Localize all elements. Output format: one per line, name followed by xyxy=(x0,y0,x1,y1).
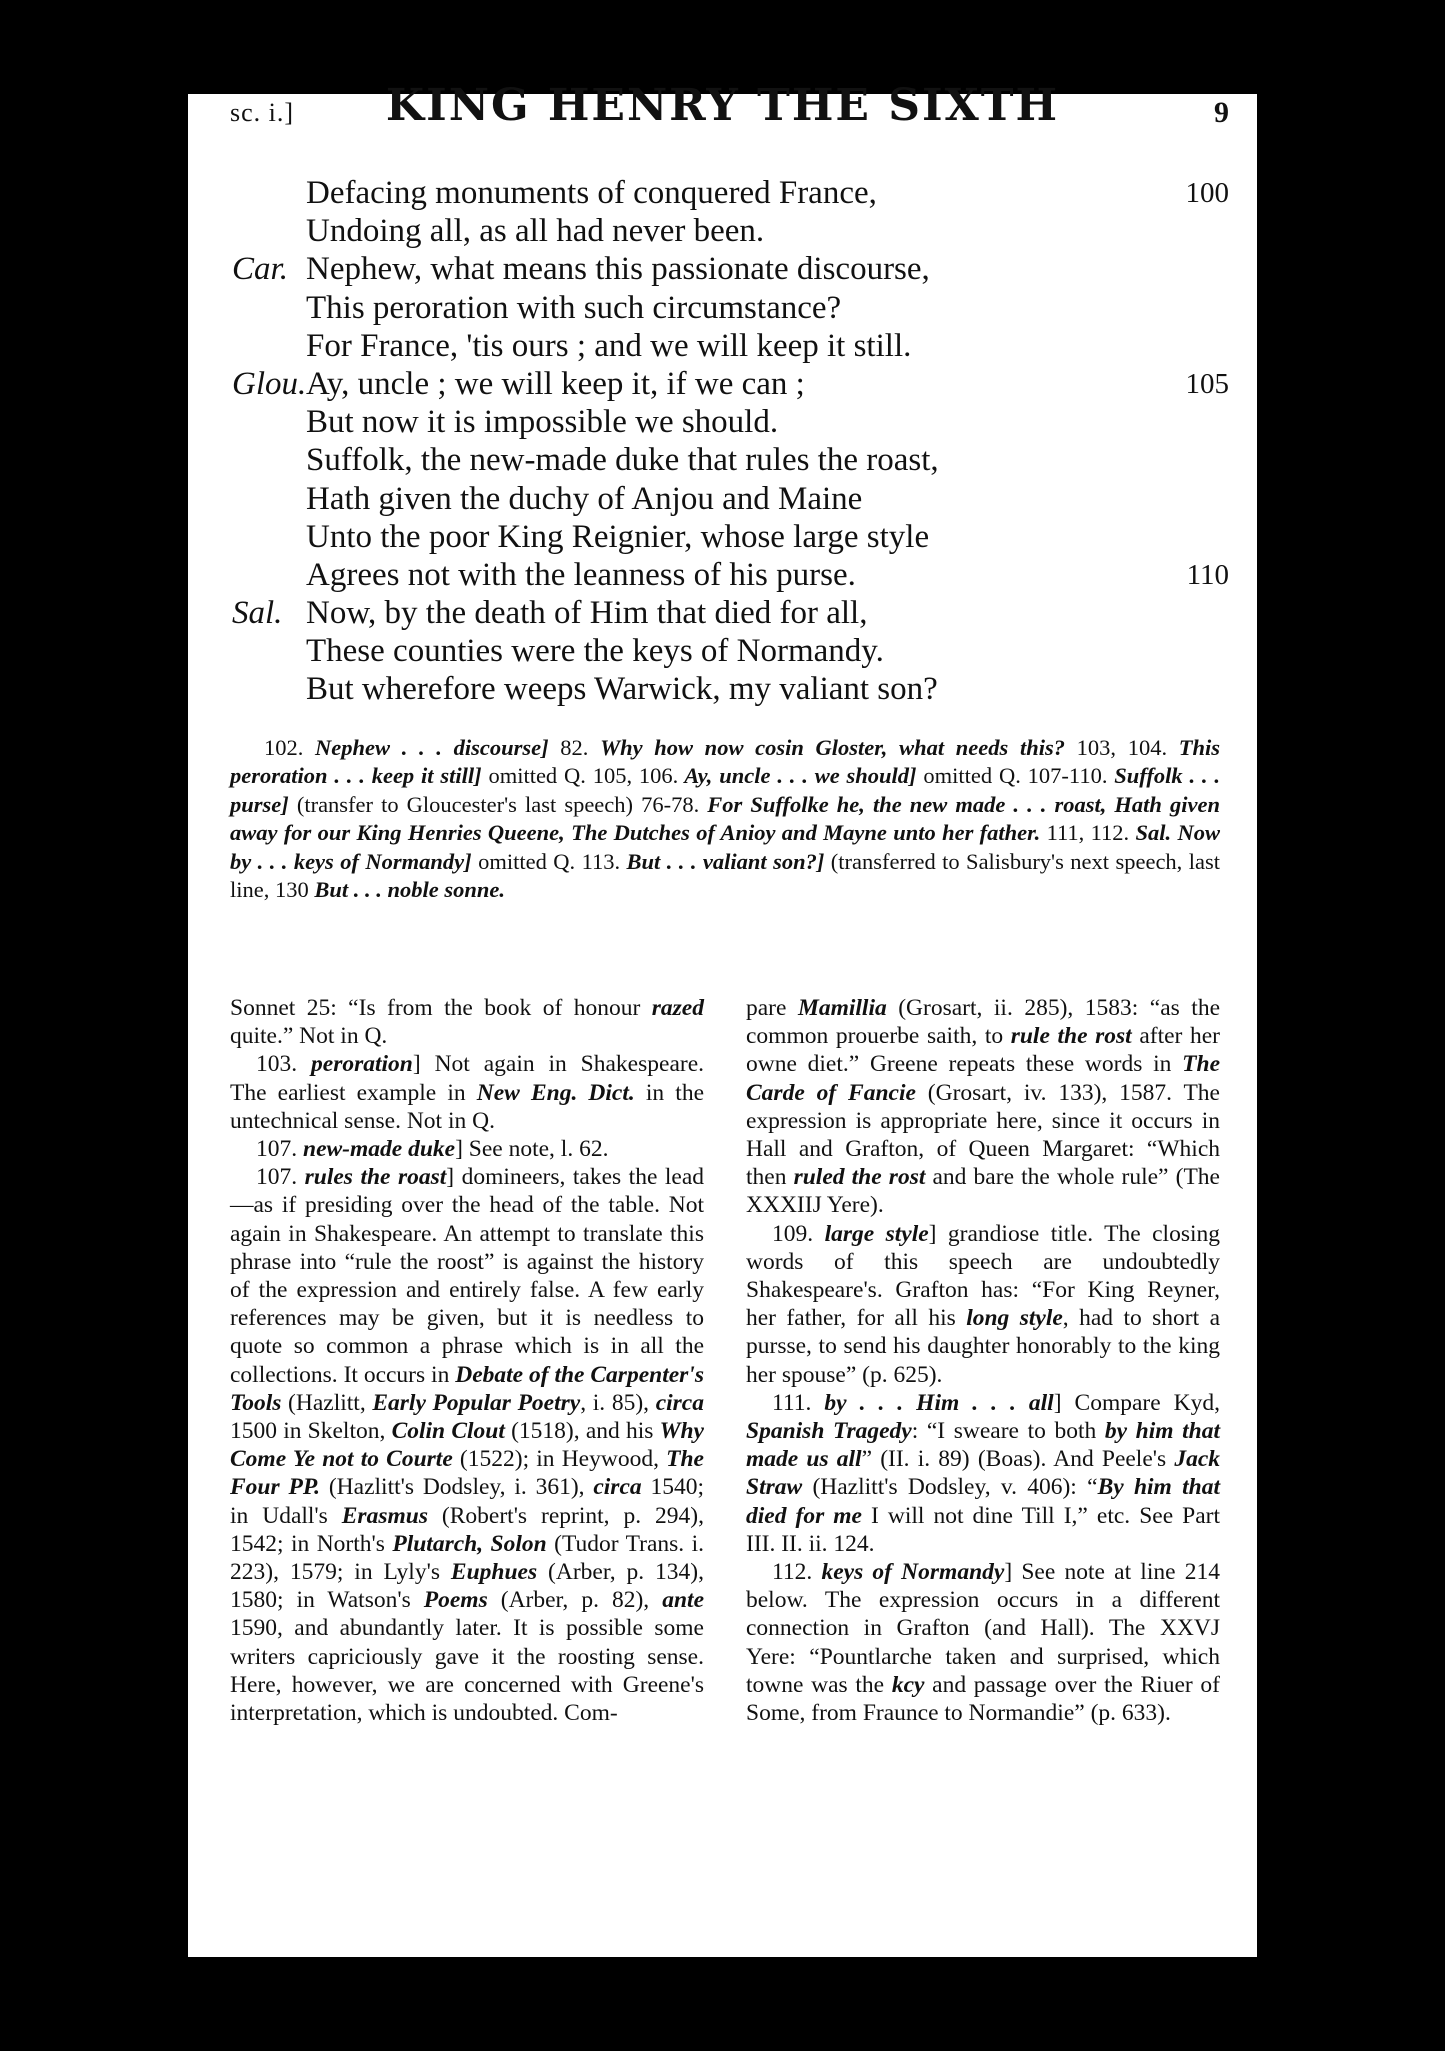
text: 1590, and abundantly later. It is possib… xyxy=(230,1615,704,1726)
note-ref: 112. xyxy=(772,1559,821,1585)
verse-line: Hath given the duchy of Anjou and Maine xyxy=(188,480,1257,518)
text: ] domineers, takes the lead—as if presid… xyxy=(230,1164,704,1387)
italic-text: ruled the rost xyxy=(794,1164,926,1190)
commentary-paragraph: 111. by . . . Him . . . all] Compare Kyd… xyxy=(746,1389,1220,1558)
italic-text: kcy xyxy=(892,1672,925,1698)
italic-text: Poems xyxy=(424,1587,488,1613)
verse-line: Car.Nephew, what means this passionate d… xyxy=(188,250,1257,288)
italic-text: ante xyxy=(662,1587,704,1613)
note-lemma: keys of Normandy xyxy=(821,1559,1004,1585)
textual-notes: 102. Nephew . . . discourse] 82. Why how… xyxy=(230,734,1220,904)
note-lemma: by . . . Him . . . all xyxy=(824,1390,1053,1416)
running-head: sc. i.] KING HENRY THE SIXTH 9 xyxy=(188,94,1257,154)
verse-line: This peroration with such circumstance? xyxy=(188,289,1257,327)
text: (Hazlitt's Dodsley, v. 406): “ xyxy=(802,1474,1097,1500)
italic-text: circa xyxy=(593,1474,641,1500)
commentary-paragraph: 112. keys of Normandy] See note at line … xyxy=(746,1558,1220,1727)
note-lemma: Ay, uncle . . . we should] xyxy=(678,763,916,788)
verse-line: Defacing monuments of conquered France,1… xyxy=(188,174,1257,212)
note-body: (transfer to Gloucester's last speech) 7… xyxy=(289,792,708,817)
commentary-paragraph: 109. large style] grandiose title. The c… xyxy=(746,1220,1220,1389)
text: ” (II. i. 89) (Boas). And Peele's xyxy=(862,1446,1175,1472)
text: 1500 in Skelton, xyxy=(230,1418,392,1444)
line-number: 110 xyxy=(1187,556,1229,594)
text: (Hazlitt, xyxy=(281,1390,372,1416)
note-quote: But . . . noble sonne. xyxy=(314,877,505,902)
note-ref: 103, 104. xyxy=(1065,735,1167,760)
text: ] Compare Kyd, xyxy=(1054,1390,1220,1416)
note-lemma: large style xyxy=(825,1221,929,1247)
text: (1522); in Heywood, xyxy=(453,1446,666,1472)
verse-line: Unto the poor King Reignier, whose large… xyxy=(188,518,1257,556)
speaker-name: Car. xyxy=(232,250,288,288)
text: , i. 85), xyxy=(580,1390,655,1416)
text: Sonnet 25: “Is from the book of honour xyxy=(230,995,652,1021)
line-text: Hath given the duchy of Anjou and Maine xyxy=(306,480,862,518)
note-ref: 102. xyxy=(264,735,303,760)
note-ref: 107. xyxy=(256,1136,303,1162)
note-ref: 103. xyxy=(256,1051,311,1077)
text: quite.” Not in Q. xyxy=(230,1023,387,1049)
verse-line: For France, 'tis ours ; and we will keep… xyxy=(188,327,1257,365)
line-number: 100 xyxy=(1186,174,1230,212)
line-text: Ay, uncle ; we will keep it, if we can ; xyxy=(306,365,805,403)
line-text: For France, 'tis ours ; and we will keep… xyxy=(306,327,911,365)
text: (Arber, p. 82), xyxy=(488,1587,663,1613)
verse-line: These counties were the keys of Normandy… xyxy=(188,632,1257,670)
italic-text: Spanish Tragedy xyxy=(746,1418,912,1444)
note-body: omitted Q. xyxy=(917,763,1021,788)
line-text: Nephew, what means this passionate disco… xyxy=(306,250,930,288)
italic-text: Plutarch, Solon xyxy=(392,1531,546,1557)
note-lemma: peroration xyxy=(311,1051,413,1077)
italic-text: Early Popular Poetry xyxy=(372,1390,580,1416)
note-ref: 107. xyxy=(256,1164,305,1190)
note-ref: 109. xyxy=(772,1221,825,1247)
italic-text: Mamillia xyxy=(798,995,887,1021)
note-lemma: Nephew . . . discourse] xyxy=(315,735,549,760)
commentary-paragraph: pare Mamillia (Grosart, ii. 285), 1583: … xyxy=(746,994,1220,1220)
verse-line: Undoing all, as all had never been. xyxy=(188,212,1257,250)
note-body: 82. xyxy=(549,735,600,760)
book-page: sc. i.] KING HENRY THE SIXTH 9 Defacing … xyxy=(188,94,1257,1957)
line-text: But wherefore weeps Warwick, my valiant … xyxy=(306,670,938,708)
note-ref: 107-110. xyxy=(1021,763,1108,788)
italic-text: Colin Clout xyxy=(392,1418,505,1444)
italic-text: razed xyxy=(652,995,704,1021)
note-lemma: But . . . valiant son?] xyxy=(620,849,824,874)
commentary-notes: Sonnet 25: “Is from the book of honour r… xyxy=(230,994,1220,1727)
speaker-name: Sal. xyxy=(232,594,282,632)
verse-line: Suffolk, the new-made duke that rules th… xyxy=(188,441,1257,479)
commentary-right-column: pare Mamillia (Grosart, ii. 285), 1583: … xyxy=(746,994,1220,1727)
note-body: omitted Q. xyxy=(482,763,586,788)
commentary-paragraph: 103. peroration] Not again in Shakespear… xyxy=(230,1050,704,1135)
note-lemma: rules the roast xyxy=(305,1164,447,1190)
line-text: Agrees not with the leanness of his purs… xyxy=(306,556,856,594)
italic-text: rule the rost xyxy=(1011,1023,1132,1049)
commentary-paragraph: 107. new-made duke] See note, l. 62. xyxy=(230,1135,704,1163)
commentary-left-column: Sonnet 25: “Is from the book of honour r… xyxy=(230,994,704,1727)
note-lemma: new-made duke xyxy=(303,1136,455,1162)
verse-line: Agrees not with the leanness of his purs… xyxy=(188,556,1257,594)
line-text: Undoing all, as all had never been. xyxy=(306,212,764,250)
note-ref: 113. xyxy=(575,849,620,874)
line-text: Suffolk, the new-made duke that rules th… xyxy=(306,441,939,479)
italic-text: Erasmus xyxy=(342,1503,428,1529)
line-number: 105 xyxy=(1186,365,1230,403)
line-text: Defacing monuments of conquered France, xyxy=(306,174,877,212)
commentary-paragraph: Sonnet 25: “Is from the book of honour r… xyxy=(230,994,704,1050)
italic-text: long style xyxy=(966,1305,1063,1331)
italic-text: Euphues xyxy=(451,1559,537,1585)
text: : “I sweare to both xyxy=(912,1418,1105,1444)
page-number: 9 xyxy=(1214,96,1229,130)
textual-notes-paragraph: 102. Nephew . . . discourse] 82. Why how… xyxy=(230,734,1220,904)
speaker-name: Glou. xyxy=(232,365,306,403)
line-text: Unto the poor King Reignier, whose large… xyxy=(306,518,929,556)
line-text: Now, by the death of Him that died for a… xyxy=(306,594,867,632)
text: pare xyxy=(746,995,798,1021)
note-quote: Why how now cosin Gloster, what needs th… xyxy=(600,735,1065,760)
verse-line: But wherefore weeps Warwick, my valiant … xyxy=(188,670,1257,708)
line-text: But now it is impossible we should. xyxy=(306,403,778,441)
text: (1518), and his xyxy=(505,1418,660,1444)
line-text: These counties were the keys of Normandy… xyxy=(306,632,884,670)
note-ref: 111. xyxy=(772,1390,824,1416)
text: ] See note, l. 62. xyxy=(455,1136,608,1162)
page-title: KING HENRY THE SIXTH xyxy=(188,80,1257,131)
text: (Hazlitt's Dodsley, i. 361), xyxy=(320,1474,593,1500)
note-body: omitted Q. xyxy=(472,849,575,874)
commentary-paragraph: 107. rules the roast] domineers, takes t… xyxy=(230,1163,704,1727)
italic-text: circa xyxy=(656,1390,704,1416)
line-text: This peroration with such circumstance? xyxy=(306,289,841,327)
verse-line: Sal.Now, by the death of Him that died f… xyxy=(188,594,1257,632)
verse-line: Glou.Ay, uncle ; we will keep it, if we … xyxy=(188,365,1257,403)
italic-text: New Eng. Dict. xyxy=(477,1080,635,1106)
note-ref: 111, 112. xyxy=(1040,820,1129,845)
note-ref: 105, 106. xyxy=(586,763,678,788)
verse-line: But now it is impossible we should. xyxy=(188,403,1257,441)
verse-text: Defacing monuments of conquered France,1… xyxy=(188,174,1257,709)
